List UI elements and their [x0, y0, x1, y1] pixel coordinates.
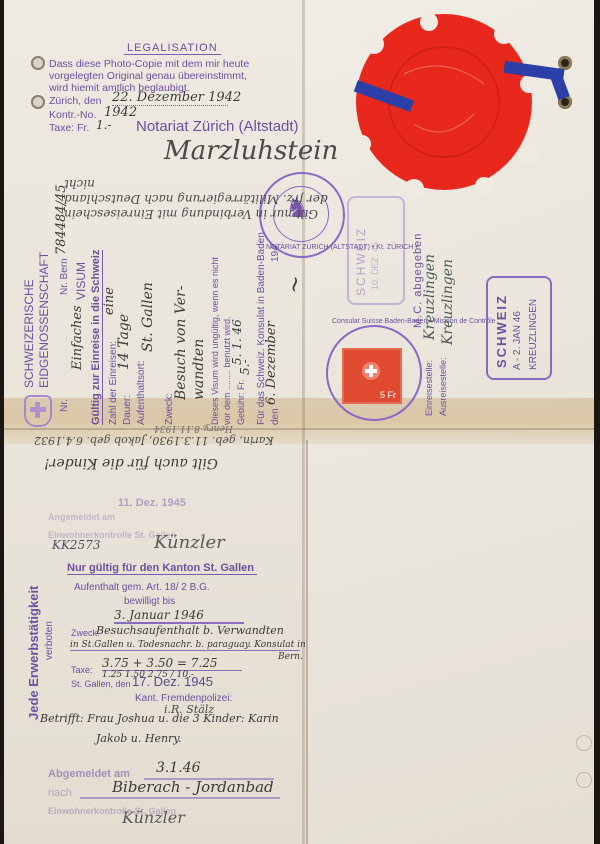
gebuehr-label: Gebühr: Fr.: [236, 379, 246, 425]
faded-stamp-line-2: 10. DEZ. 45: [370, 242, 380, 290]
place-date-value: 17. Dez. 1945: [132, 674, 213, 689]
field-label-aufenthaltsort: Aufenthaltsort:: [136, 361, 147, 425]
red-wax-seal-icon: [344, 4, 544, 199]
signature-2: Künzler: [122, 808, 185, 827]
entry-stamp-line-2: A - 2. JAN 46: [512, 311, 523, 370]
field-value-aufenthaltsort: St. Gallen: [140, 282, 156, 352]
field-value-einreisen: eine: [102, 287, 117, 315]
country-line-2: EIDGENOSSENSCHAFT: [37, 252, 51, 388]
taxe-label: Taxe: Fr.: [49, 122, 89, 134]
consulate-year: 194: [270, 245, 281, 262]
country-line-1: SCHWEIZERISCHE: [22, 279, 36, 388]
ring-mark-icon: [576, 772, 592, 788]
ring-mark-icon: [576, 735, 592, 751]
aufenthalt-line: Aufenthalt gem. Art. 18/ 2 B.G.: [74, 582, 210, 593]
received-label: Angemeldet am: [48, 512, 115, 522]
abgemeldet-date: 3.1.46: [156, 760, 201, 776]
field-value-zweck: Besuch von Ver- wandten: [172, 240, 208, 400]
gilt-auch-note: Gilt auch für die Kinder!: [44, 455, 218, 471]
nr-bern-value: 784484/45: [54, 184, 69, 255]
zweck-value-line-2: in St.Gallen u. Todesnachr. b. paraguay.…: [70, 640, 300, 651]
ausreisestelle-label: Ausreisestelle:: [438, 357, 448, 416]
bewilligt-date: 3. Januar 1946: [114, 608, 244, 624]
fold-note-line-2: Henry, 8.11.1934: [154, 423, 233, 433]
ausreisestelle-value: Kreuzlingen: [440, 259, 456, 345]
document-page: LEGALISATION Dass diese Photo-Copie mit …: [4, 0, 594, 844]
place-date-label: St. Gallen, den: [71, 679, 131, 689]
only-valid-canton: Nur gültig für den Kanton St. Gallen: [67, 562, 257, 575]
tax-stamp: 5 Fr: [342, 348, 402, 404]
notary-name: Notariat Zürich (Altstadt): [136, 118, 299, 135]
einreisestelle-label: Einreisestelle:: [424, 360, 434, 416]
zweck-value-line-1: Besuchsaufenthalt b. Verwandten: [96, 624, 284, 637]
gebuehr-value: 5.-: [238, 359, 252, 375]
notary-signature: Marzluhstein: [164, 136, 338, 166]
legalisation-line-1: Dass diese Photo-Copie mit dem mir heute: [49, 58, 249, 70]
validity-note-line-1: Dieses Visum wird ungültig, wenn es nich…: [210, 257, 220, 425]
valid-before-date: 5. 1. 46: [230, 319, 244, 365]
zweck-value-line-3: Bern.: [278, 652, 303, 662]
kontr-label: Kontr.-No.: [49, 109, 96, 121]
betrifft-line-1: Betrifft: Frau Joshua u. die 3 Kinder: K…: [40, 712, 279, 725]
nach-value: Biberach - Jordanbad: [112, 778, 274, 796]
visum-type: Einfaches: [70, 305, 85, 370]
fold-line: [4, 428, 594, 430]
fold-note-line-1: Karin, geb. 11.3.1930, Jakob geb. 6.4.19…: [34, 434, 274, 447]
consulate-date-label: den: [270, 408, 281, 425]
einreisestelle-value: Kreuzlingen: [422, 254, 438, 340]
permit-taxe-label: Taxe:: [71, 665, 93, 675]
punch-hole-icon: [31, 56, 45, 70]
entry-stamp-line-3: KREUZLINGEN: [528, 299, 539, 370]
entry-stamp-line-1: SCHWEIZ: [494, 294, 509, 368]
punch-hole-icon: [31, 95, 45, 109]
side-text-sub: verboten: [44, 621, 55, 660]
field-value-dauer: 14 Tage: [116, 314, 132, 370]
signature-1: Künzler: [154, 532, 225, 553]
nach-label: nach: [48, 787, 72, 799]
panel-bottom-right: [304, 430, 594, 844]
consulate-date: 6. Dezember: [264, 321, 279, 405]
vertical-fold: [302, 0, 305, 844]
tax-stamp-value: 5 Fr: [380, 390, 396, 400]
legalisation-line-2: vorgelegten Original genau übereinstimmt…: [49, 70, 247, 82]
taxe-value: 1.-: [96, 118, 112, 132]
bewilligt-label: bewilligt bis: [124, 596, 175, 607]
nach-underline: [80, 797, 280, 799]
field-label-dauer: Dauer:: [122, 395, 133, 425]
side-text-main: Jede Erwerbstätigkeit: [26, 586, 41, 720]
swiss-cross-sun-icon: [362, 362, 380, 380]
faded-stamp-line-1: SCHWEIZ: [354, 227, 368, 296]
legalisation-date: 22. Dezember 1942: [112, 90, 228, 106]
handwritten-note-upside-down: Gilt nur in Verbindung mit Einreiseschei…: [64, 176, 334, 221]
swiss-cross-shield-icon: [24, 395, 52, 427]
registration-number: KK2573: [52, 538, 100, 552]
nr-bern-label: Nr. Bern: [59, 258, 70, 295]
permit-taxe-calc: 3.75 + 3.50 = 7.25: [102, 656, 242, 671]
betrifft-line-2: Jakob u. Henry.: [96, 732, 182, 745]
received-date-stamp: 11. Dez. 1945: [118, 497, 186, 509]
legalisation-place-label: Zürich, den: [49, 95, 102, 107]
vertical-fold-lower: [306, 440, 308, 844]
legalisation-title: LEGALISATION: [124, 42, 221, 55]
gueltig-label: Gültig zur Einreise in die Schweiz: [90, 250, 103, 425]
nr-label: Nr.: [59, 399, 70, 412]
visum-label: VISUM: [74, 262, 88, 300]
